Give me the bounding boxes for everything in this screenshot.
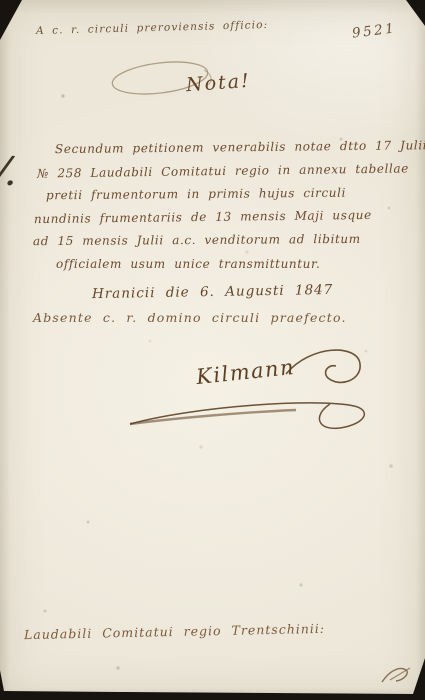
absence-line: Absente c. r. domino circuli praefecto. [33,310,347,325]
body-line: pretii frumentorum in primis hujus circu… [46,186,346,203]
body-line: Secundum petitionem venerabilis notae dt… [55,138,425,156]
scanned-document: A c. r. circuli preroviensis officio: 95… [0,0,425,700]
margin-mark: /. [0,147,18,195]
note-title: Nota! [185,70,251,96]
body-line: nundinis frumentariis de 13 mensis Maji … [34,208,372,226]
body-line: officialem usum unice transmittuntur. [56,257,320,271]
corner-scribble-icon [378,662,418,688]
dateline: Hranicii die 6. Augusti 1847 [92,282,334,302]
body-line: № 258 Laudabili Comitatui regio in annex… [37,161,409,180]
document-number: 9521 [351,20,397,41]
signature-flourish-icon [126,336,376,436]
office-line: A c. r. circuli preroviensis officio: [36,19,269,37]
manuscript-page: A c. r. circuli preroviensis officio: 95… [0,0,425,700]
address-line: Laudabili Comitatui regio Trentschinii: [24,621,325,642]
body-line: ad 15 mensis Julii a.c. venditorum ad li… [33,232,361,248]
